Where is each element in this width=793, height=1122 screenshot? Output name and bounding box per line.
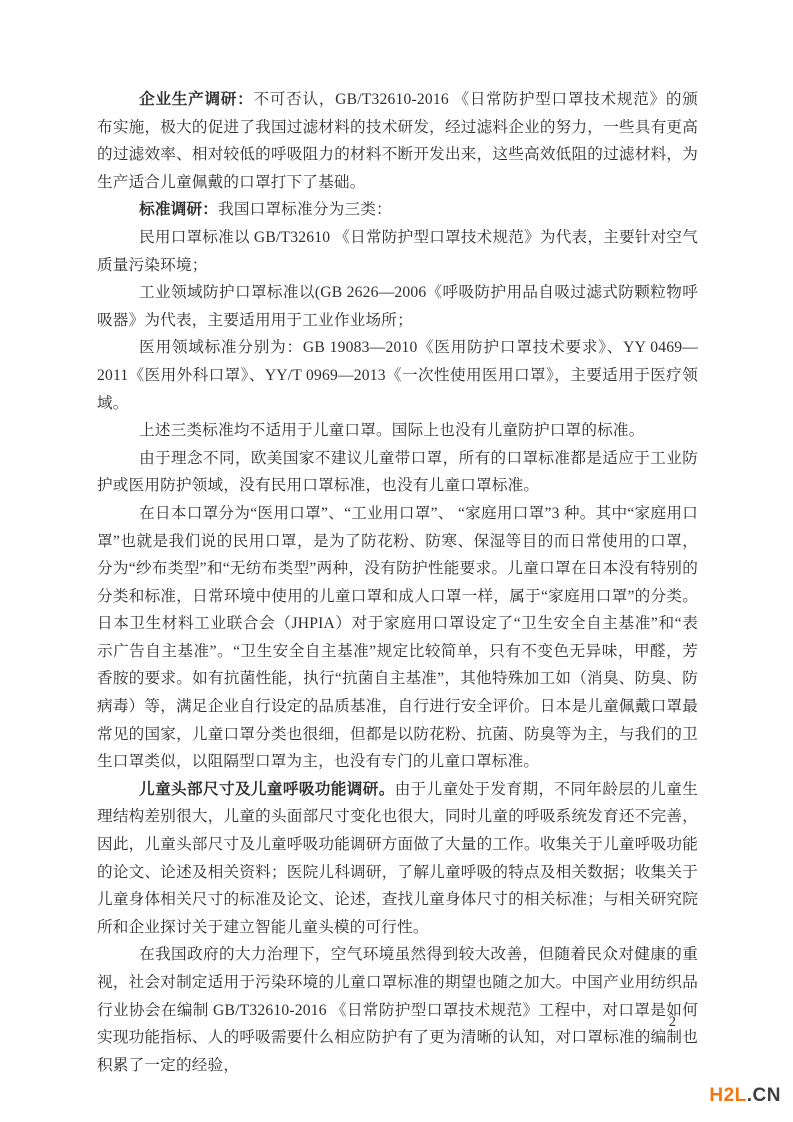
- page-number: 2: [669, 1012, 676, 1032]
- paragraph: 标准调研：我国口罩标准分为三类：: [97, 196, 698, 224]
- document-page: 企业生产调研：不可否认，GB/T32610-2016 《日常防护型口罩技术规范》…: [0, 0, 793, 1122]
- paragraph: 医用领域标准分别为：GB 19083—2010《医用防护口罩技术要求》、YY 0…: [97, 334, 698, 417]
- paragraph: 由于理念不同，欧美国家不建议儿童带口罩，所有的口罩标准都是适应于工业防护或医用防…: [97, 445, 698, 500]
- paragraph: 民用口罩标准以 GB/T32610 《日常防护型口罩技术规范》为代表，主要针对空…: [97, 224, 698, 279]
- site-watermark-logo: H2L.CN: [709, 1085, 781, 1107]
- paragraph: 工业领域防护口罩标准以(GB 2626—2006《呼吸防护用品自吸过滤式防颗粒物…: [97, 279, 698, 334]
- logo-text-primary: H2L: [709, 1085, 746, 1106]
- paragraph-lead-heading: 标准调研：: [139, 201, 218, 218]
- paragraph: 在日本口罩分为“医用口罩”、“工业用口罩”、 “家庭用口罩”3 种。其中“家庭用…: [97, 500, 698, 776]
- document-body: 企业生产调研：不可否认，GB/T32610-2016 《日常防护型口罩技术规范》…: [97, 86, 698, 1079]
- paragraph: 在我国政府的大力治理下，空气环境虽然得到较大改善，但随着民众对健康的重视，社会对…: [97, 941, 698, 1079]
- paragraph: 上述三类标准均不适用于儿童口罩。国际上也没有儿童防护口罩的标准。: [97, 417, 698, 445]
- paragraph: 企业生产调研：不可否认，GB/T32610-2016 《日常防护型口罩技术规范》…: [97, 86, 698, 196]
- paragraph-lead-heading: 儿童头部尺寸及儿童呼吸功能调研。: [139, 781, 395, 798]
- paragraph: 儿童头部尺寸及儿童呼吸功能调研。由于儿童处于发育期，不同年龄层的儿童生理结构差别…: [97, 776, 698, 942]
- logo-text-secondary: .CN: [747, 1085, 781, 1106]
- paragraph-lead-heading: 企业生产调研：: [139, 91, 253, 108]
